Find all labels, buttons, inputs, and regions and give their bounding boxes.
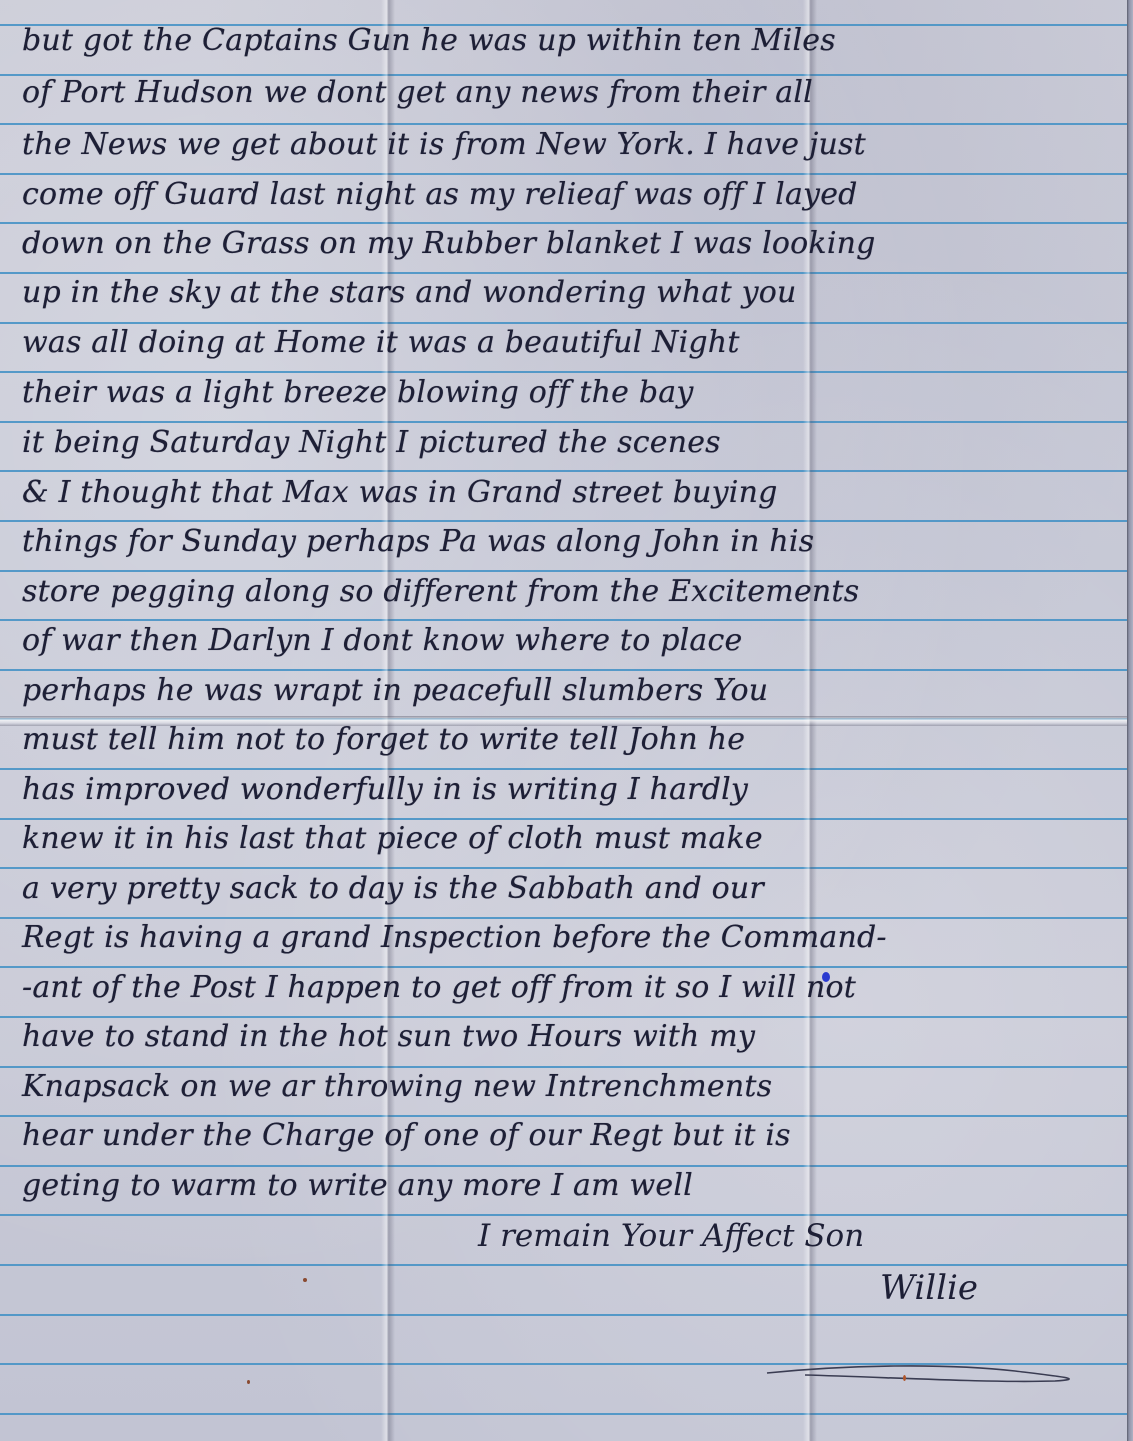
handwritten-text: but got the Captains Gun he was up withi…	[0, 0, 1127, 1441]
letter-line: but got the Captains Gun he was up withi…	[22, 18, 1105, 64]
letter-line: of war then Darlyn I dont know where to …	[22, 618, 1105, 664]
letter-line: come off Guard last night as my relieaf …	[22, 172, 1105, 218]
letter-line: down on the Grass on my Rubber blanket I…	[22, 221, 1105, 267]
stain-speck	[303, 1278, 307, 1282]
letter-line: geting to warm to write any more I am we…	[22, 1163, 1105, 1209]
letter-line: of Port Hudson we dont get any news from…	[22, 70, 1105, 116]
letter-line: a very pretty sack to day is the Sabbath…	[22, 866, 1105, 912]
letter-line: things for Sunday perhaps Pa was along J…	[22, 519, 1105, 565]
letter-line: has improved wonderfully in is writing I…	[22, 767, 1105, 813]
letter-line: hear under the Charge of one of our Regt…	[22, 1113, 1105, 1159]
stain-speck	[903, 1375, 906, 1381]
letter-line: -ant of the Post I happen to get off fro…	[22, 965, 1105, 1011]
letter-line: have to stand in the hot sun two Hours w…	[22, 1014, 1105, 1060]
letter-line: perhaps he was wrapt in peacefull slumbe…	[22, 668, 1105, 714]
letter-line: up in the sky at the stars and wondering…	[22, 270, 1105, 316]
ink-blot	[822, 972, 830, 982]
letter-line: must tell him not to forget to write tel…	[22, 717, 1105, 763]
letter-line: knew it in his last that piece of cloth …	[22, 816, 1105, 862]
letter-closing: I remain Your Affect Son	[478, 1218, 864, 1254]
signature-underline-flourish	[765, 1363, 1085, 1385]
letter-page: but got the Captains Gun he was up withi…	[0, 0, 1127, 1441]
signature: Willie	[880, 1268, 978, 1308]
letter-line: it being Saturday Night I pictured the s…	[22, 420, 1105, 466]
letter-line: the News we get about it is from New Yor…	[22, 122, 1105, 168]
letter-line: Regt is having a grand Inspection before…	[22, 915, 1105, 961]
letter-line: store pegging along so different from th…	[22, 569, 1105, 615]
letter-line: & I thought that Max was in Grand street…	[22, 470, 1105, 516]
letter-line: Knapsack on we ar throwing new Intrenchm…	[22, 1064, 1105, 1110]
page-edge	[1127, 0, 1133, 1441]
stain-speck	[247, 1380, 250, 1384]
letter-line: was all doing at Home it was a beautiful…	[22, 320, 1105, 366]
letter-line: their was a light breeze blowing off the…	[22, 370, 1105, 416]
